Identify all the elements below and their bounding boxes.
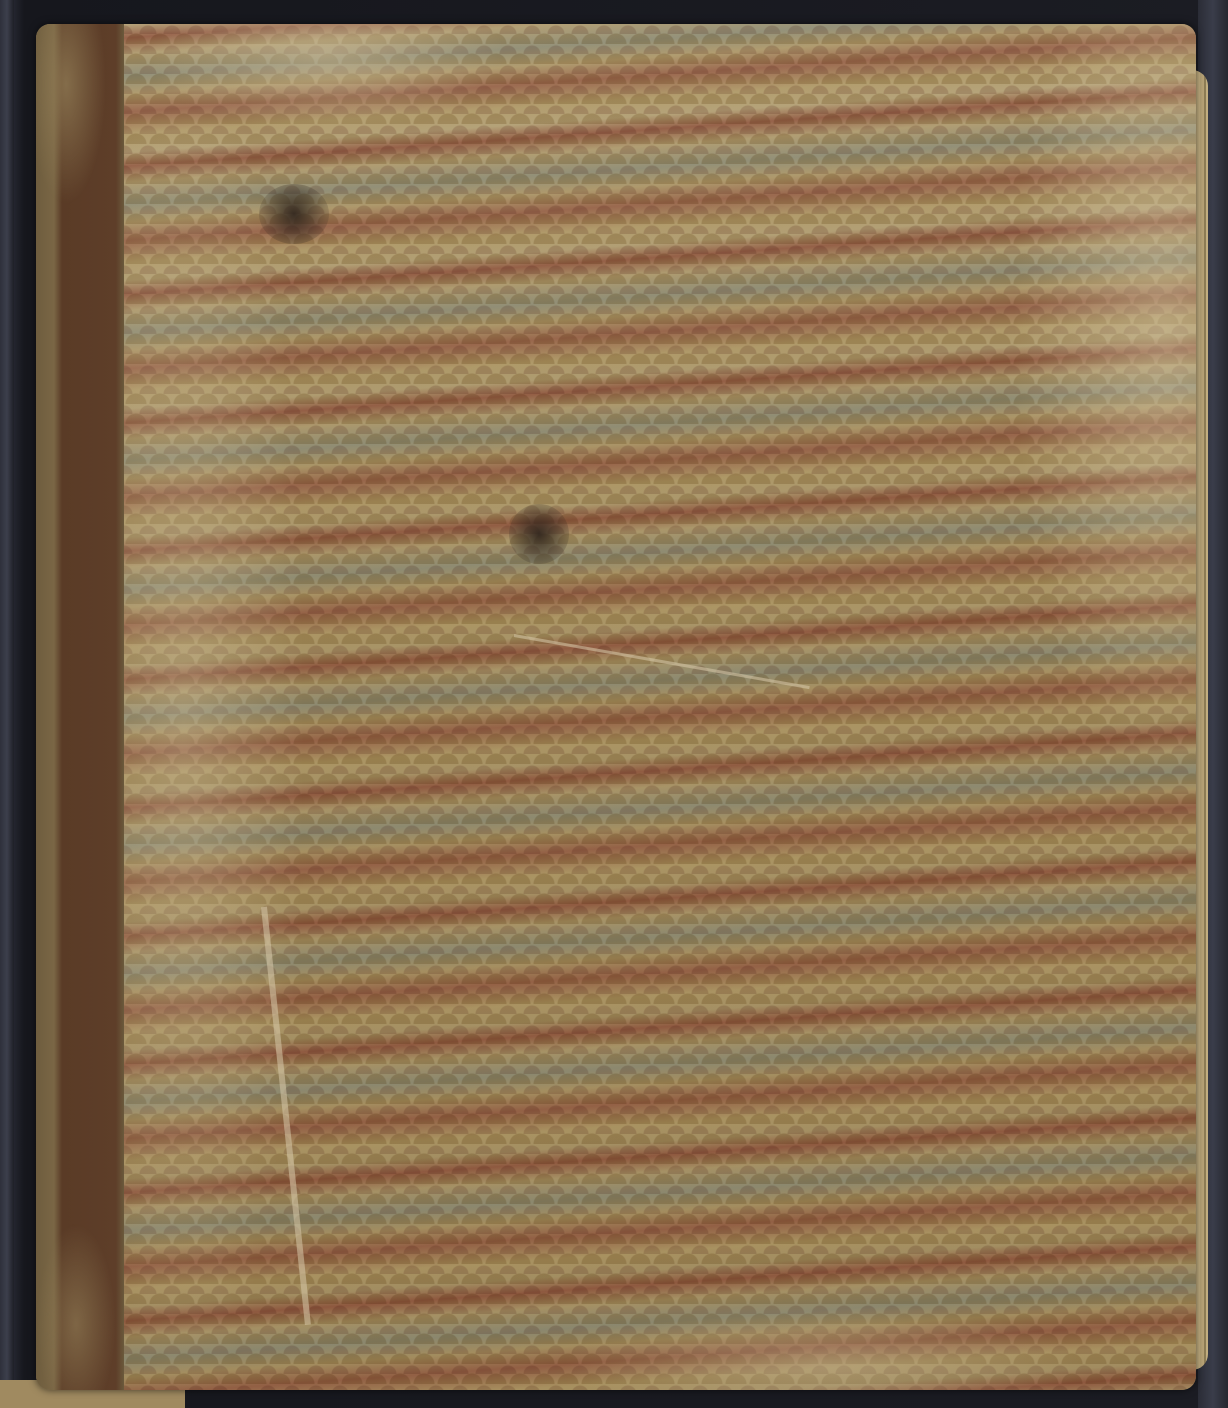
book — [36, 24, 1196, 1390]
stain-center — [509, 504, 569, 564]
backdrop-frame-left — [0, 0, 14, 1408]
stain-upper-left — [259, 184, 329, 244]
marbled-cover — [124, 24, 1196, 1390]
spine-wear — [36, 24, 124, 1390]
